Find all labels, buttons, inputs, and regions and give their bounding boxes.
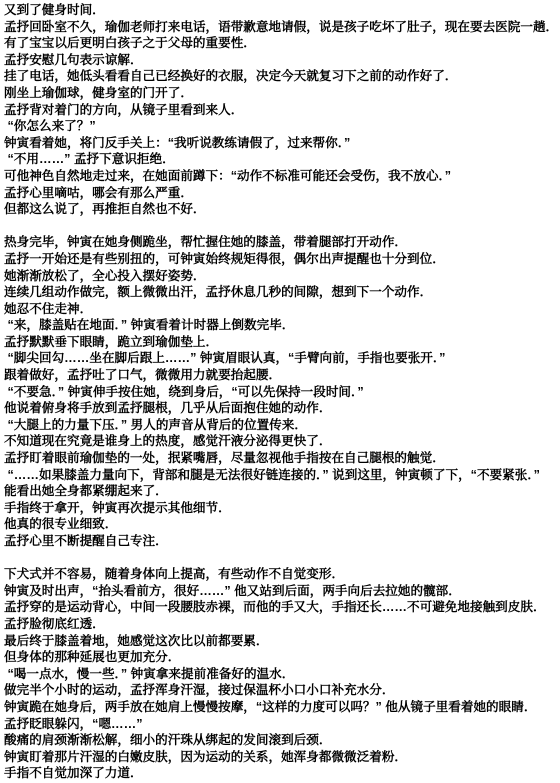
text-line: “不用……” 孟抒下意识拒绝． — [4, 151, 559, 168]
document-body: 又到了健身时间．孟抒回卧室不久，瑜伽老师打来电话，语带歉意地请假，说是孩子吃坏了… — [4, 2, 559, 782]
text-line: 又到了健身时间． — [4, 2, 559, 19]
text-line: 但都这么说了，再推拒自然也不好． — [4, 201, 559, 218]
text-line: 跟着做好，孟抒吐了口气，微微用力就要抬起腰． — [4, 367, 559, 384]
text-line: 孟抒穿的是运动背心，中间一段腰肢赤裸，而他的手又大，手指还长……不可避免地接触到… — [4, 599, 559, 616]
text-line: 连续几组动作做完，额上微微出汗，孟抒休息几秒的间隙，想到下一个动作． — [4, 284, 559, 301]
text-line: 可他神色自然地走过来，在她面前蹲下：“动作不标准可能还会受伤，我不放心．” — [4, 168, 559, 185]
text-line: 她渐渐放松了，全心投入摆好姿势． — [4, 268, 559, 285]
text-line: 孟抒盯着眼前瑜伽垫的一处，抿紧嘴唇，尽量忽视他手指按在自己腿根的触觉． — [4, 450, 559, 467]
text-line: 下犬式并不容易，随着身体向上提高，有些动作不自觉变形． — [4, 566, 559, 583]
text-line: “来，膝盖贴在地面．” 钟寅看着计时器上倒数完毕． — [4, 317, 559, 334]
text-line: 能看出她全身都紧绷起来了． — [4, 483, 559, 500]
text-line: 做完半个小时的运动，孟抒浑身汗湿，接过保温杯小口小口补充水分． — [4, 682, 559, 699]
text-line: 不知道现在究竟是谁身上的热度，感觉汗液分泌得更快了． — [4, 433, 559, 450]
text-line: 挂了电话，她低头看看自己已经换好的衣服，决定今天就复习下之前的动作好了． — [4, 68, 559, 85]
text-line: 手指不自觉加深了力道． — [4, 765, 559, 782]
text-line: 手指终于拿开，钟寅再次提示其他细节． — [4, 500, 559, 517]
text-line: 钟寅盯着那片汗湿的白嫩皮肤，因为运动的关系，她浑身都微微泛着粉． — [4, 749, 559, 766]
text-line: 孟抒眨眼躲闪，“嗯……” — [4, 716, 559, 733]
text-line: 他说着俯身将手放到孟抒腿根，几乎从后面抱住她的动作． — [4, 400, 559, 417]
text-line: “大腿上的力量下压．” 男人的声音从背后的位置传来． — [4, 417, 559, 434]
text-line: 钟寅及时出声，“抬头看前方，很好……” 他又站到后面，两手向后去拉她的髋部． — [4, 583, 559, 600]
text-line: 孟抒回卧室不久，瑜伽老师打来电话，语带歉意地请假，说是孩子吃坏了肚子，现在要去医… — [4, 19, 559, 36]
text-line: 孟抒安慰几句表示谅解． — [4, 52, 559, 69]
text-line: 孟抒背对着门的方向，从镜子里看到来人． — [4, 102, 559, 119]
text-line: “不要急．” 钟寅伸手按住她，绕到身后，“可以先保持一段时间．” — [4, 384, 559, 401]
text-line: “你怎么来了？” — [4, 118, 559, 135]
blank-line — [4, 550, 559, 567]
text-line: 刚坐上瑜伽球，健身室的门开了． — [4, 85, 559, 102]
blank-line — [4, 218, 559, 235]
text-line: 酸痛的肩颈渐渐松解，细小的汗珠从绑起的发间滚到后颈． — [4, 732, 559, 749]
text-line: 钟寅看着她，将门反手关上：“我听说教练请假了，过来帮你．” — [4, 135, 559, 152]
text-line: 有了宝宝以后更明白孩子之于父母的重要性． — [4, 35, 559, 52]
text-line: “喝一点水，慢一些．” 钟寅拿来提前准备好的温水． — [4, 666, 559, 683]
text-line: “脚尖回勾……坐在脚后跟上……” 钟寅眉眼认真，“手臂向前，手指也要张开．” — [4, 350, 559, 367]
text-line: “……如果膝盖力量向下，背部和腿是无法很好链连接的．” 说到这里，钟寅顿了下，“… — [4, 467, 559, 484]
text-line: 孟抒默默垂下眼睛，跪立到瑜伽垫上． — [4, 334, 559, 351]
text-line: 最后终于膝盖着地，她感觉这次比以前都要累． — [4, 633, 559, 650]
text-line: 她忍不住走神． — [4, 301, 559, 318]
text-line: 孟抒脸彻底红透． — [4, 616, 559, 633]
text-line: 孟抒心里不断提醒自己专注． — [4, 533, 559, 550]
text-line: 但身体的那种延展也更加充分． — [4, 649, 559, 666]
document-page: 又到了健身时间．孟抒回卧室不久，瑜伽老师打来电话，语带歉意地请假，说是孩子吃坏了… — [0, 0, 560, 783]
text-line: 孟抒心里嘀咕，哪会有那么严重． — [4, 185, 559, 202]
text-line: 孟抒一开始还是有些别扭的，可钟寅始终规矩得很，偶尔出声提醒也十分到位． — [4, 251, 559, 268]
text-line: 热身完毕，钟寅在她身侧跪坐，帮忙握住她的膝盖，带着腿部打开动作． — [4, 234, 559, 251]
text-line: 钟寅跪在她身后，两手放在她肩上慢慢按摩，“这样的力度可以吗？” 他从镜子里看着她… — [4, 699, 559, 716]
text-line: 他真的很专业细致． — [4, 516, 559, 533]
